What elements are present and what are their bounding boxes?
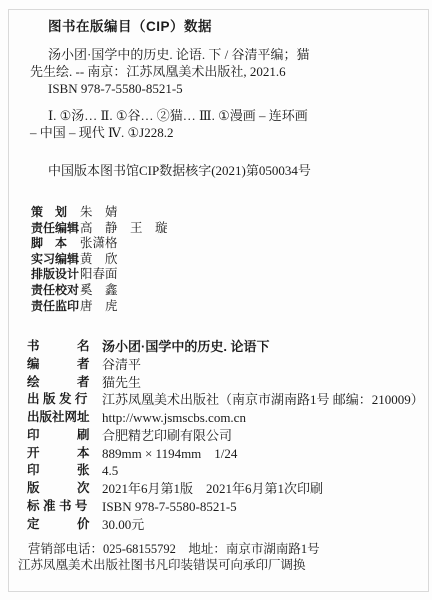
credits-row: 脚 本 张潇格	[31, 236, 411, 252]
book-info-value: 4.5	[102, 462, 118, 480]
book-info-label: 开 本	[27, 445, 102, 463]
book-info-row: 编 者 谷清平	[27, 356, 427, 374]
colophon-page: 图书在版编目（CIP）数据 汤小团·国学中的历史. 论语. 下 / 谷清平编；猫…	[0, 0, 432, 600]
book-info-value: 889mm × 1194mm 1/24	[102, 445, 237, 463]
cip-description-line: 先生绘. -- 南京：江苏凤凰美术出版社, 2021.6	[30, 63, 410, 80]
credits-block: 策 划 朱 婧 责任编辑 高 静 王 璇 脚 本 张潇格 实习编辑 黄 欣 排版…	[31, 205, 411, 314]
isbn-value: ISBN 978-7-5580-8521-5	[102, 498, 237, 516]
book-info-label: 出版社网址	[27, 409, 102, 427]
book-info-label: 印 张	[27, 462, 102, 480]
credits-label: 排版设计	[31, 267, 80, 283]
credits-label: 责任编辑	[31, 221, 80, 237]
cip-description-line: 汤小团·国学中的历史. 论语. 下 / 谷清平编；猫	[30, 46, 410, 63]
book-info-value: 2021年6月第1版 2021年6月第1次印刷	[102, 480, 323, 498]
credits-label: 脚 本	[31, 236, 80, 252]
credits-label: 责任监印	[31, 299, 80, 315]
book-info-label: 书 名	[27, 338, 102, 356]
book-title-value: 汤小团·国学中的历史. 论语下	[102, 338, 270, 356]
footer-contact-line: 营销部电话：025-68155792 地址：南京市湖南路1号	[28, 541, 420, 557]
book-info-row: 书 名 汤小团·国学中的历史. 论语下	[27, 338, 427, 356]
price-value: 30.00元	[102, 516, 144, 534]
cip-record-number: 中国版本图书馆CIP数据核字(2021)第050034号	[48, 160, 311, 179]
credits-value: 阳春面	[80, 267, 118, 283]
book-info-row: 版 次 2021年6月第1版 2021年6月第1次印刷	[27, 480, 427, 498]
footer-exchange-line: 江苏凤凰美术出版社图书凡印装错误可向承印厂调换	[18, 557, 420, 573]
credits-value: 黄 欣	[80, 252, 118, 268]
book-info-row: 出版社网址 http://www.jsmscbs.com.cn	[27, 409, 427, 427]
cip-description: 汤小团·国学中的历史. 论语. 下 / 谷清平编；猫 先生绘. -- 南京：江苏…	[30, 46, 410, 97]
credits-row: 实习编辑 黄 欣	[31, 252, 411, 268]
cip-classification-line: Ⅰ. ①汤… Ⅱ. ①谷… ②猫… Ⅲ. ①漫画 – 连环画	[30, 107, 410, 124]
credits-value: 高 静 王 璇	[80, 221, 168, 237]
book-info-value: 合肥精艺印刷有限公司	[102, 427, 232, 445]
credits-row: 责任监印 唐 虎	[31, 299, 411, 315]
book-info-row: 开 本 889mm × 1194mm 1/24	[27, 445, 427, 463]
credits-value: 张潇格	[80, 236, 118, 252]
credits-row: 责任编辑 高 静 王 璇	[31, 221, 411, 237]
book-info-label: 编 者	[27, 356, 102, 374]
book-info-label: 标 准 书 号	[27, 498, 102, 516]
book-info-value: 谷清平	[102, 356, 141, 374]
book-info-label: 绘 者	[27, 374, 102, 392]
cip-isbn-line: ISBN 978-7-5580-8521-5	[30, 80, 410, 97]
book-info-row: 定 价 30.00元	[27, 516, 427, 534]
book-info-label: 印 刷	[27, 427, 102, 445]
credits-label: 责任校对	[31, 283, 80, 299]
book-info-row: 标 准 书 号 ISBN 978-7-5580-8521-5	[27, 498, 427, 516]
cip-heading: 图书在版编目（CIP）数据	[48, 15, 212, 35]
book-info-label: 出 版 发 行	[27, 391, 102, 409]
book-info-row: 印 张 4.5	[27, 462, 427, 480]
footer-notes: 营销部电话：025-68155792 地址：南京市湖南路1号 江苏凤凰美术出版社…	[0, 541, 420, 573]
book-info-label: 定 价	[27, 516, 102, 534]
credits-value: 朱 婧	[80, 205, 118, 221]
credits-value: 唐 虎	[80, 299, 118, 315]
cip-classification: Ⅰ. ①汤… Ⅱ. ①谷… ②猫… Ⅲ. ①漫画 – 连环画 – 中国 – 现代…	[30, 107, 410, 141]
credits-row: 策 划 朱 婧	[31, 205, 411, 221]
credits-label: 实习编辑	[31, 252, 80, 268]
credits-row: 排版设计 阳春面	[31, 267, 411, 283]
book-info-block: 书 名 汤小团·国学中的历史. 论语下 编 者 谷清平 绘 者 猫先生 出 版 …	[27, 338, 427, 533]
credits-row: 责任校对 奚 鑫	[31, 283, 411, 299]
book-info-label: 版 次	[27, 480, 102, 498]
book-info-row: 出 版 发 行 江苏凤凰美术出版社（南京市湖南路1号 邮编：210009）	[27, 391, 427, 409]
cip-classification-line: – 中国 – 现代 Ⅳ. ①J228.2	[30, 124, 410, 141]
book-info-value: 猫先生	[102, 374, 141, 392]
book-info-row: 印 刷 合肥精艺印刷有限公司	[27, 427, 427, 445]
credits-label: 策 划	[31, 205, 80, 221]
publisher-url: http://www.jsmscbs.com.cn	[102, 409, 246, 427]
credits-value: 奚 鑫	[80, 283, 118, 299]
book-info-row: 绘 者 猫先生	[27, 374, 427, 392]
book-info-value: 江苏凤凰美术出版社（南京市湖南路1号 邮编：210009）	[102, 391, 424, 409]
